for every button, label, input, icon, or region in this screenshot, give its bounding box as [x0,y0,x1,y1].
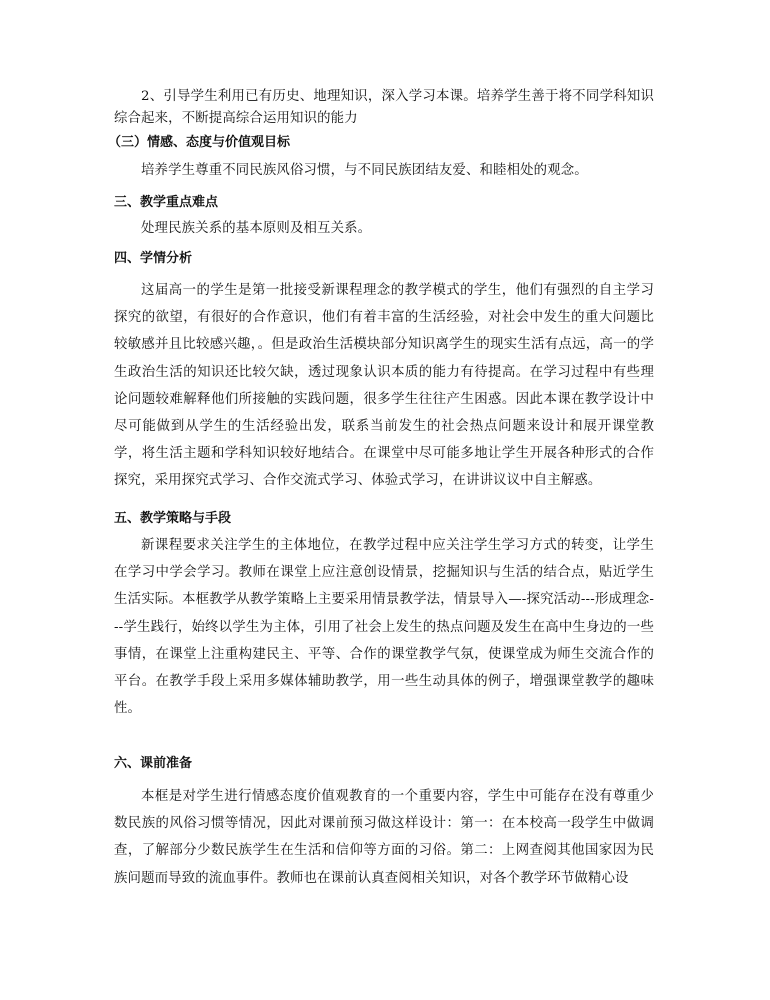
heading-student-analysis: 四、学情分析 [114,247,192,266]
heading-emotion-attitude-values: （三）情感、态度与价值观目标 [108,131,290,150]
paragraph-respect-customs: 培养学生尊重不同民族风俗习惯，与不同民族团结友爱、和睦相处的观念。 [114,157,654,184]
paragraph-key-points: 处理民族关系的基本原则及相互关系。 [114,215,654,242]
paragraph-teaching-strategy: 新课程要求关注学生的主体地位，在教学过程中应关注学生学习方式的转变，让学生在学习… [114,532,654,722]
heading-preclass-preparation: 六、课前准备 [114,752,192,771]
paragraph-student-analysis: 这届高一的学生是第一批接受新课程理念的教学模式的学生，他们有强烈的自主学习探究的… [114,277,654,495]
paragraph-interdisciplinary-goal: 2、引导学生利用已有历史、地理知识，深入学习本课。培养学生善于将不同学科知识综合… [114,86,654,130]
paragraph-preclass-preparation: 本框是对学生进行情感态度价值观教育的一个重要内容，学生中可能存在没有尊重少数民族… [114,783,654,892]
heading-teaching-strategy: 五、教学策略与手段 [114,507,231,526]
heading-key-difficulties: 三、教学重点难点 [114,191,218,210]
